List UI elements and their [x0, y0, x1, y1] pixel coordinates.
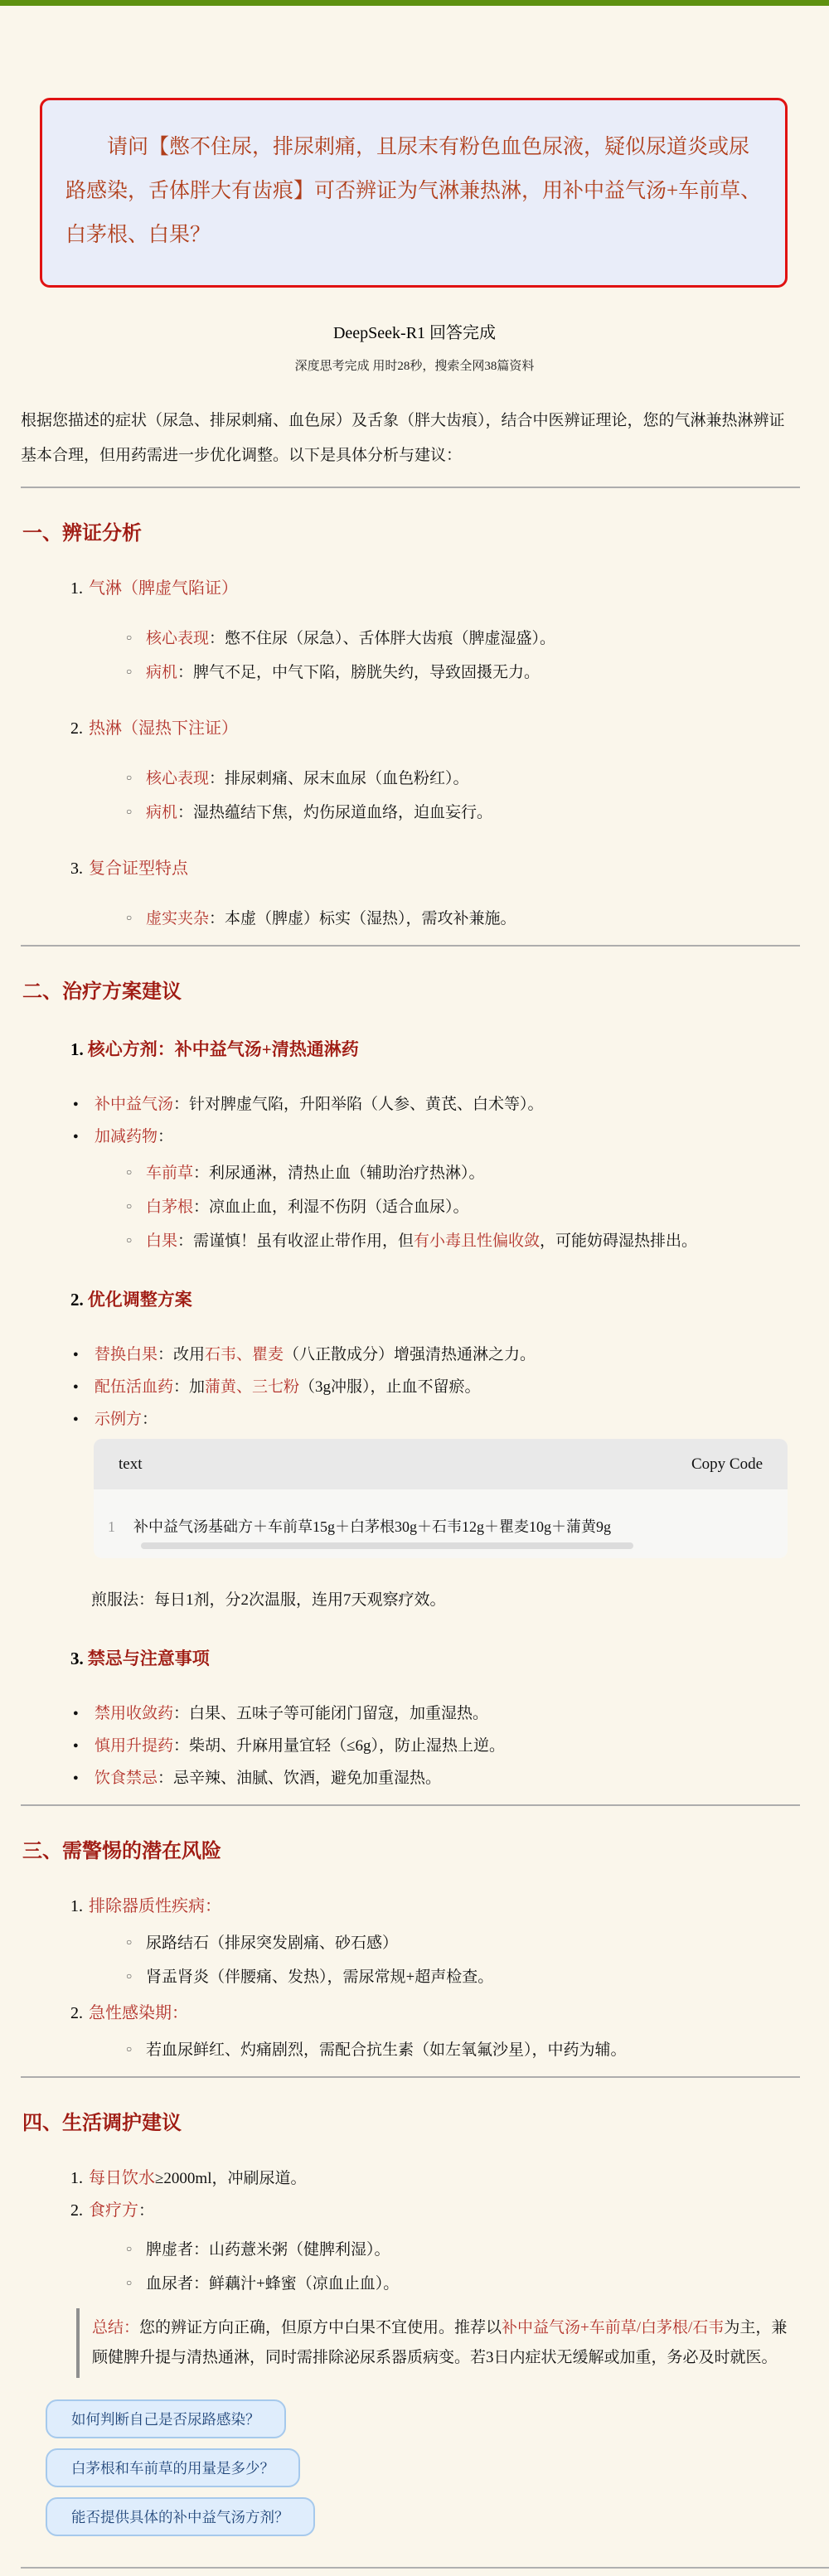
highlight-text: 蒲黄、三七粉	[205, 1378, 299, 1396]
text: 肾盂肾炎（伴腰痛、发热），需尿常规+超声检查。	[146, 1968, 493, 1986]
sub-list-item: ○白茅根：凉血止血，利湿不伤阴（适合血尿）。	[126, 1194, 800, 1220]
suggested-question-chip[interactable]: 如何判断自己是否尿路感染？	[46, 2399, 286, 2438]
text: ：忌辛辣、油腻、饮酒，避免加重湿热。	[158, 1770, 441, 1787]
code-line: 1补中益气汤基础方＋车前草15g＋白茅根30g＋石韦12g＋瞿麦10g＋蒲黄9g	[108, 1514, 771, 1539]
text: （八正散成分）增强清热通淋之力。	[284, 1346, 536, 1363]
list-number: 1.	[70, 2169, 83, 2187]
sub-section-heading: 2.优化调整方案	[70, 1287, 800, 1312]
list-item: 3.复合证型特点	[70, 855, 800, 882]
list-number: 2.	[70, 2004, 83, 2022]
copy-code-button[interactable]: Copy Code	[691, 1455, 763, 1474]
thinking-summary: 深度思考完成 用时28秒，搜索全网38篇资料	[0, 356, 829, 374]
circle-marker: ○	[126, 1963, 146, 1988]
section1-heading: 一、辨证分析	[22, 516, 800, 545]
bullet-marker: ●	[73, 1765, 95, 1790]
label: 虚实夹杂	[146, 910, 209, 927]
text: ：针对脾虚气陷，升阳举陷（人参、黄芪、白术等）。	[173, 1096, 544, 1113]
text: ：利尿通淋，清热止血（辅助治疗热淋）。	[193, 1165, 485, 1182]
list-number: 2.	[70, 2201, 83, 2220]
list-item: 2.食疗方：	[70, 2197, 800, 2225]
label: 替换白果	[95, 1346, 158, 1363]
circle-marker: ○	[126, 659, 146, 684]
list-number: 1.	[70, 579, 83, 598]
text: （3g冲服），止血不留瘀。	[299, 1378, 481, 1396]
divider	[21, 1804, 800, 1806]
text: ：	[142, 1411, 158, 1428]
question-text: 请问【憋不住尿，排尿刺痛，且尿末有粉色血色尿液，疑似尿道炎或尿路感染，舌体胖大有…	[65, 125, 762, 257]
label: 配伍活血药	[95, 1378, 173, 1396]
text: ：排尿刺痛、尿末血尿（血色粉红）。	[209, 770, 469, 787]
answer-status-title: DeepSeek-R1 回答完成	[0, 319, 829, 343]
sub-list-item: ○若血尿鲜红、灼痛剧烈，需配合抗生素（如左氧氟沙星），中药为辅。	[126, 2036, 800, 2063]
bullet-item: ●示例方：	[73, 1407, 800, 1432]
circle-marker: ○	[126, 2270, 146, 2295]
sub-list-item: ○脾虚者：山药薏米粥（健脾利湿）。	[126, 2236, 800, 2263]
text: ：憋不住尿（尿急）、舌体胖大齿痕（脾虚湿盛）。	[209, 630, 555, 647]
text: ：脾气不足，中气下陷，膀胱失约，导致固摄无力。	[177, 664, 540, 681]
highlight-text: 石韦、瞿麦	[205, 1346, 284, 1363]
text: ：白果、五味子等可能闭门留寇，加重湿热。	[173, 1705, 488, 1722]
bullet-item: ●加减药物：	[73, 1124, 800, 1150]
label: 禁用收敛药	[95, 1705, 173, 1722]
divider	[21, 487, 800, 488]
label: 补中益气汤	[95, 1096, 173, 1113]
bullet-item: ●禁用收敛药：白果、五味子等可能闭门留寇，加重湿热。	[73, 1701, 800, 1726]
list-number: 1.	[70, 1897, 83, 1915]
circle-marker: ○	[126, 2036, 146, 2061]
top-accent-bar	[0, 0, 829, 6]
sub-section-heading: 3.禁忌与注意事项	[70, 1646, 800, 1671]
text: ：	[138, 2202, 154, 2220]
question-box: 请问【憋不住尿，排尿刺痛，且尿末有粉色血色尿液，疑似尿道炎或尿路感染，舌体胖大有…	[40, 98, 788, 288]
divider	[21, 2076, 800, 2078]
list-item-title: 复合证型特点	[89, 859, 188, 878]
list-item: 1.排除器质性疾病：	[70, 1893, 800, 1920]
usage-instructions: 煎服法：每日1剂，分2次温服，连用7天观察疗效。	[91, 1588, 800, 1613]
sub-list-item: ○核心表现：排尿刺痛、尿末血尿（血色粉红）。	[126, 765, 800, 792]
label: 慎用升提药	[95, 1737, 173, 1755]
sub-list-item: ○肾盂肾炎（伴腰痛、发热），需尿常规+超声检查。	[126, 1963, 800, 1990]
bullet-marker: ●	[73, 1701, 95, 1726]
bullet-marker: ●	[73, 1092, 95, 1116]
list-number: 2.	[70, 1290, 84, 1310]
suggested-question-chip[interactable]: 白茅根和车前草的用量是多少？	[46, 2448, 300, 2487]
bottom-divider	[21, 2567, 829, 2569]
bullet-marker: ●	[73, 1407, 95, 1431]
sub-list-item: ○白果：需谨慎！虽有收涩止带作用，但有小毒且性偏收敛，可能妨碍湿热排出。	[126, 1227, 800, 1254]
list-item-title: 急性感染期：	[89, 2004, 188, 2022]
circle-marker: ○	[126, 1160, 146, 1184]
section3-heading: 三、需警惕的潜在风险	[22, 1834, 800, 1863]
list-item-title: 热淋（湿热下注证）	[89, 719, 238, 738]
label: 车前草	[146, 1165, 193, 1182]
text: 血尿者：鲜藕汁+蜂蜜（凉血止血）。	[146, 2275, 399, 2293]
text: 尿路结石（排尿突发剧痛、砂石感）	[146, 1934, 398, 1952]
sub-list-item: ○血尿者：鲜藕汁+蜂蜜（凉血止血）。	[126, 2270, 800, 2297]
bullet-item: ●配伍活血药：加蒲黄、三七粉（3g冲服），止血不留瘀。	[73, 1374, 800, 1400]
text: 若血尿鲜红、灼痛剧烈，需配合抗生素（如左氧氟沙星），中药为辅。	[146, 2041, 627, 2059]
label: 核心表现	[146, 630, 209, 647]
bullet-marker: ●	[73, 1124, 95, 1149]
list-item: 1.气淋（脾虚气陷证）	[70, 575, 800, 602]
code-block-body: 1补中益气汤基础方＋车前草15g＋白茅根30g＋石韦12g＋瞿麦10g＋蒲黄9g	[94, 1489, 788, 1558]
text: ：本虚（脾虚）标实（湿热），需攻补兼施。	[209, 910, 516, 927]
label: 加减药物	[95, 1128, 158, 1145]
text: ：湿热蕴结下焦，灼伤尿道血络，迫血妄行。	[177, 804, 492, 821]
list-item: 2.急性感染期：	[70, 2000, 800, 2026]
circle-marker: ○	[126, 799, 146, 824]
sub-list-item: ○车前草：利尿通淋，清热止血（辅助治疗热淋）。	[126, 1160, 800, 1186]
sub-list-item: ○尿路结石（排尿突发剧痛、砂石感）	[126, 1930, 800, 1956]
circle-marker: ○	[126, 1930, 146, 1954]
heading-text: 优化调整方案	[88, 1290, 192, 1310]
text: ：加	[173, 1378, 205, 1396]
code-block: text Copy Code 1补中益气汤基础方＋车前草15g＋白茅根30g＋石…	[94, 1439, 788, 1558]
section2-heading: 二、治疗方案建议	[22, 975, 800, 1004]
section4-heading: 四、生活调护建议	[22, 2106, 800, 2135]
highlight-text: 有小毒且性偏收敛	[414, 1232, 540, 1250]
list-number: 1.	[70, 1039, 84, 1059]
list-item-title: 排除器质性疾病：	[89, 1897, 221, 1915]
line-number: 1	[108, 1518, 115, 1535]
label: 白果	[146, 1232, 177, 1250]
bullet-marker: ●	[73, 1342, 95, 1367]
label: 饮食禁忌	[95, 1770, 158, 1787]
text: ：需谨慎！虽有收涩止带作用，但	[177, 1232, 414, 1250]
sub-list-item: ○核心表现：憋不住尿（尿急）、舌体胖大齿痕（脾虚湿盛）。	[126, 625, 800, 651]
label: 示例方	[95, 1411, 142, 1428]
bullet-item: ●慎用升提药：柴胡、升麻用量宜轻（≤6g），防止湿热上逆。	[73, 1733, 800, 1759]
circle-marker: ○	[126, 765, 146, 790]
text: ：柴胡、升麻用量宜轻（≤6g），防止湿热上逆。	[173, 1737, 505, 1755]
label: 每日饮水	[89, 2169, 155, 2187]
sub-list-item: ○病机：脾气不足，中气下陷，膀胱失约，导致固摄无力。	[126, 659, 800, 685]
bullet-item: ●替换白果：改用石韦、瞿麦（八正散成分）增强清热通淋之力。	[73, 1342, 800, 1368]
sub-list-item: ○虚实夹杂：本虚（脾虚）标实（湿热），需攻补兼施。	[126, 905, 800, 932]
circle-marker: ○	[126, 2236, 146, 2261]
list-number: 2.	[70, 719, 83, 738]
bullet-marker: ●	[73, 1374, 95, 1399]
label: 食疗方	[89, 2201, 138, 2220]
list-number: 3.	[70, 859, 83, 878]
list-number: 3.	[70, 1649, 84, 1668]
circle-marker: ○	[126, 625, 146, 650]
code-horizontal-scrollbar[interactable]	[141, 1542, 633, 1549]
intro-paragraph: 根据您描述的症状（尿急、排尿刺痛、血色尿）及舌象（胖大齿痕），结合中医辨证理论，…	[21, 404, 800, 473]
sub-section-heading: 1.核心方剂：补中益气汤+清热通淋药	[70, 1037, 800, 1062]
list-item: 1.每日饮水≥2000ml，冲刷尿道。	[70, 2165, 800, 2192]
code-text: 补中益气汤基础方＋车前草15g＋白茅根30g＋石韦12g＋瞿麦10g＋蒲黄9g	[133, 1518, 611, 1535]
divider	[21, 945, 800, 947]
list-item: 2.热淋（湿热下注证）	[70, 715, 800, 742]
bullet-item: ●补中益气汤：针对脾虚气陷，升阳举陷（人参、黄芪、白术等）。	[73, 1092, 800, 1117]
label: 病机	[146, 664, 177, 681]
summary-blockquote: 总结：您的辨证方向正确，但原方中白果不宜使用。推荐以补中益气汤+车前草/白茅根/…	[76, 2308, 796, 2378]
highlight-text: 补中益气汤+车前草/白茅根/石韦	[502, 2319, 724, 2336]
text: ：	[158, 1128, 173, 1145]
code-language-label: text	[119, 1455, 143, 1474]
circle-marker: ○	[126, 905, 146, 930]
text: ：改用	[158, 1346, 205, 1363]
text: ，可能妨碍湿热排出。	[540, 1232, 697, 1250]
bullet-marker: ●	[73, 1733, 95, 1758]
code-block-header: text Copy Code	[94, 1439, 788, 1489]
text: ≥2000ml，冲刷尿道。	[155, 2170, 307, 2187]
page: 请问【憋不住尿，排尿刺痛，且尿末有粉色血色尿液，疑似尿道炎或尿路感染，舌体胖大有…	[0, 0, 829, 2576]
text: 脾虚者：山药薏米粥（健脾利湿）。	[146, 2241, 390, 2259]
circle-marker: ○	[126, 1227, 146, 1252]
text: 您的辨证方向正确，但原方中白果不宜使用。推荐以	[139, 2319, 502, 2336]
heading-text: 核心方剂：补中益气汤+清热通淋药	[88, 1039, 359, 1059]
list-item-title: 气淋（脾虚气陷证）	[89, 579, 238, 598]
text: ：凉血止血，利湿不伤阴（适合血尿）。	[193, 1198, 469, 1216]
bullet-item: ●饮食禁忌：忌辛辣、油腻、饮酒，避免加重湿热。	[73, 1765, 800, 1791]
label: 核心表现	[146, 770, 209, 787]
circle-marker: ○	[126, 1194, 146, 1218]
answer-header: DeepSeek-R1 回答完成 深度思考完成 用时28秒，搜索全网38篇资料	[0, 319, 829, 374]
suggested-question-chip[interactable]: 能否提供具体的补中益气汤方剂？	[46, 2497, 315, 2536]
sub-list-item: ○病机：湿热蕴结下焦，灼伤尿道血络，迫血妄行。	[126, 799, 800, 826]
heading-text: 禁忌与注意事项	[88, 1649, 210, 1668]
summary-label: 总结：	[92, 2319, 139, 2336]
label: 白茅根	[146, 1198, 193, 1216]
label: 病机	[146, 804, 177, 821]
